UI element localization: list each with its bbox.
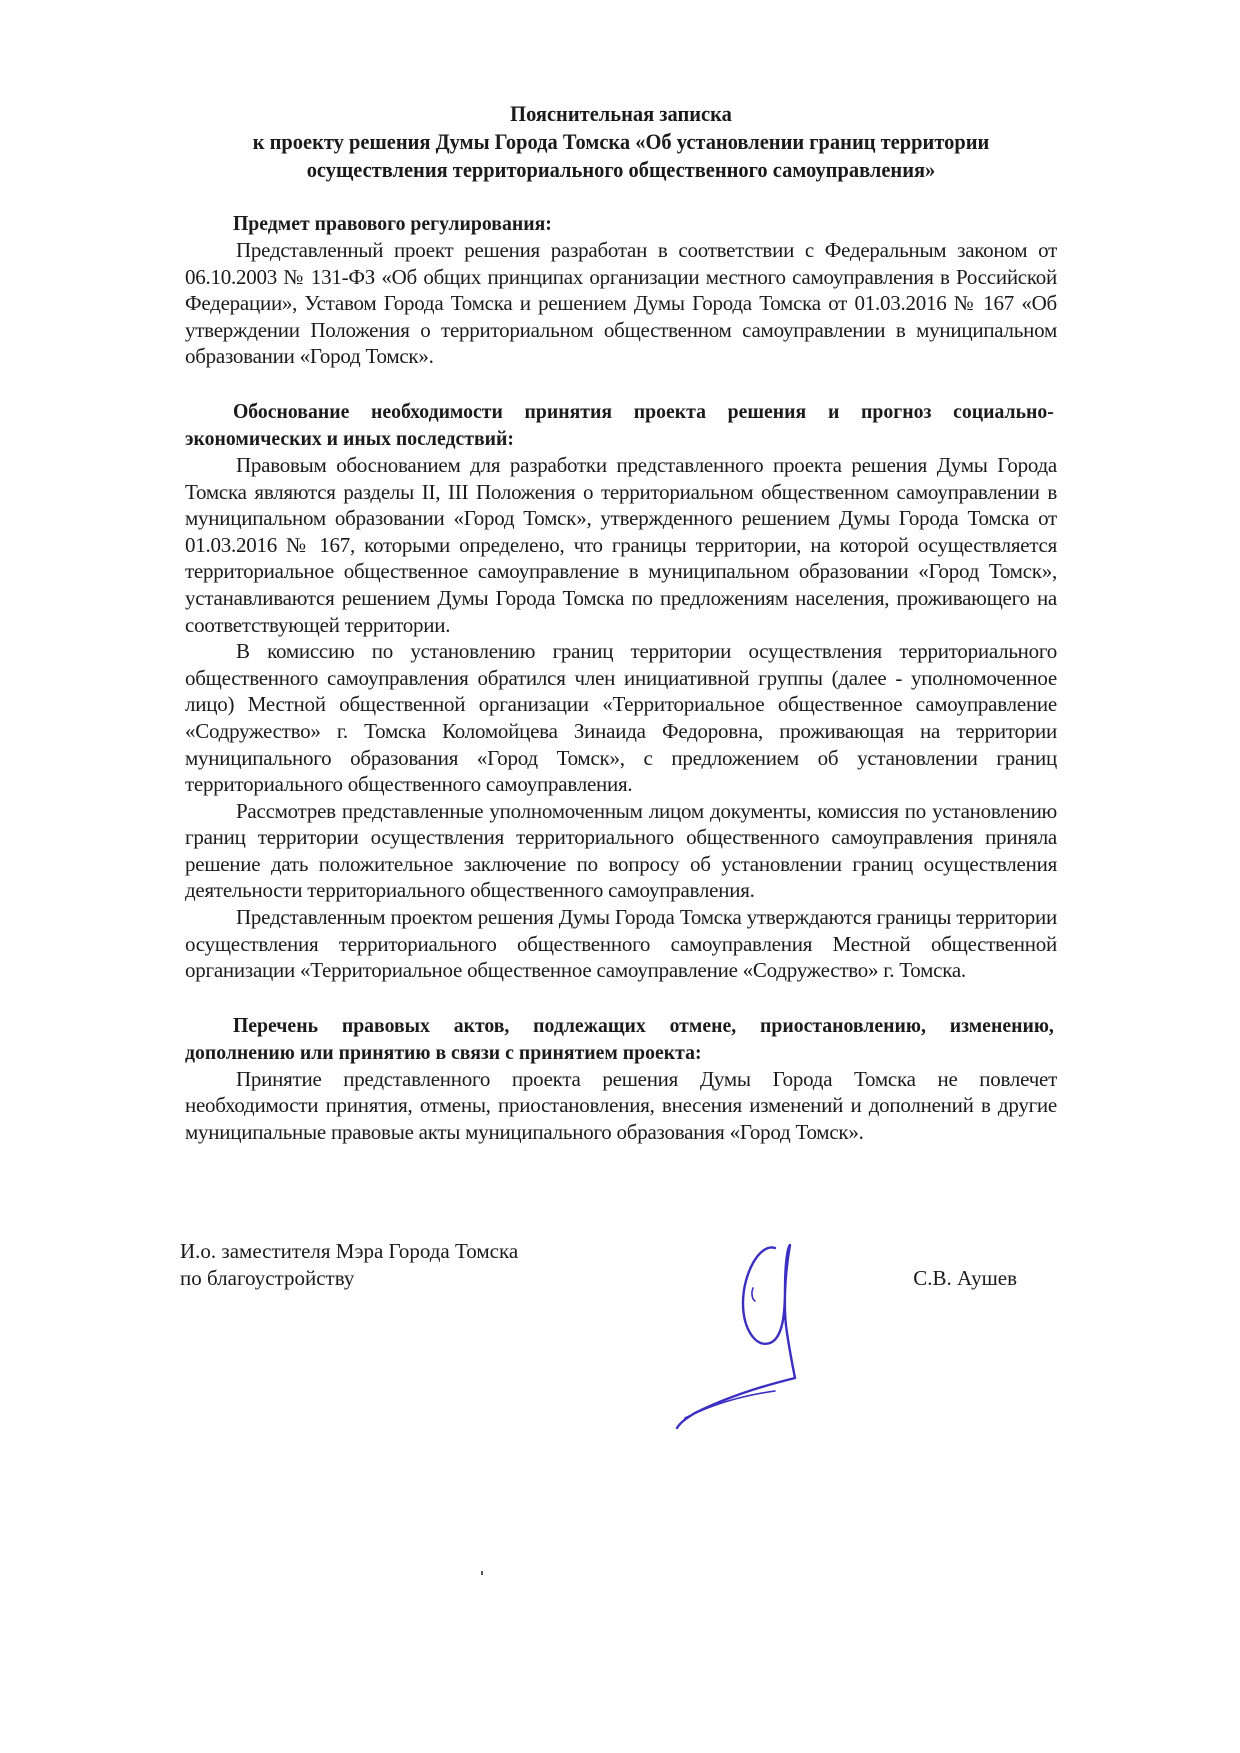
section-paragraph: Принятие представленного проекта решения… (185, 1066, 1057, 1146)
signature-block: И.о. заместителя Мэра Города Томска по б… (185, 1238, 1057, 1438)
section-heading: Перечень правовых актов, подлежащих отме… (185, 1012, 1054, 1066)
title-line-1: Пояснительная записка (216, 100, 1027, 128)
document-page: Пояснительная записка к проекту решения … (185, 100, 1057, 1146)
document-title: Пояснительная записка к проекту решения … (216, 100, 1027, 184)
section-heading: Обоснование необходимости принятия проек… (185, 398, 1054, 452)
signatory-position-line-2: по благоустройству (180, 1265, 518, 1292)
handwritten-signature-icon (625, 1233, 865, 1433)
section-paragraph: В комиссию по установлению границ террит… (185, 638, 1057, 798)
section-legal-acts-list: Перечень правовых актов, подлежащих отме… (185, 1012, 1057, 1146)
section-heading: Предмет правового регулирования: (185, 210, 1054, 237)
section-paragraph: Правовым обоснованием для разработки пре… (185, 452, 1057, 638)
section-paragraph: Рассмотрев представленные уполномоченным… (185, 798, 1057, 904)
section-subject-of-regulation: Предмет правового регулирования: Предста… (185, 210, 1057, 370)
signatory-position: И.о. заместителя Мэра Города Томска по б… (180, 1238, 518, 1292)
signatory-position-line-1: И.о. заместителя Мэра Города Томска (180, 1238, 518, 1265)
section-justification: Обоснование необходимости принятия проек… (185, 398, 1057, 984)
title-line-3: осуществления территориального обществен… (216, 156, 1027, 184)
signatory-name: С.В. Аушев (913, 1265, 1017, 1292)
title-line-2: к проекту решения Думы Города Томска «Об… (216, 128, 1027, 156)
section-paragraph: Представленный проект решения разработан… (185, 237, 1057, 370)
section-paragraph: Представленным проектом решения Думы Гор… (185, 904, 1057, 984)
scan-artifact (481, 1571, 483, 1575)
